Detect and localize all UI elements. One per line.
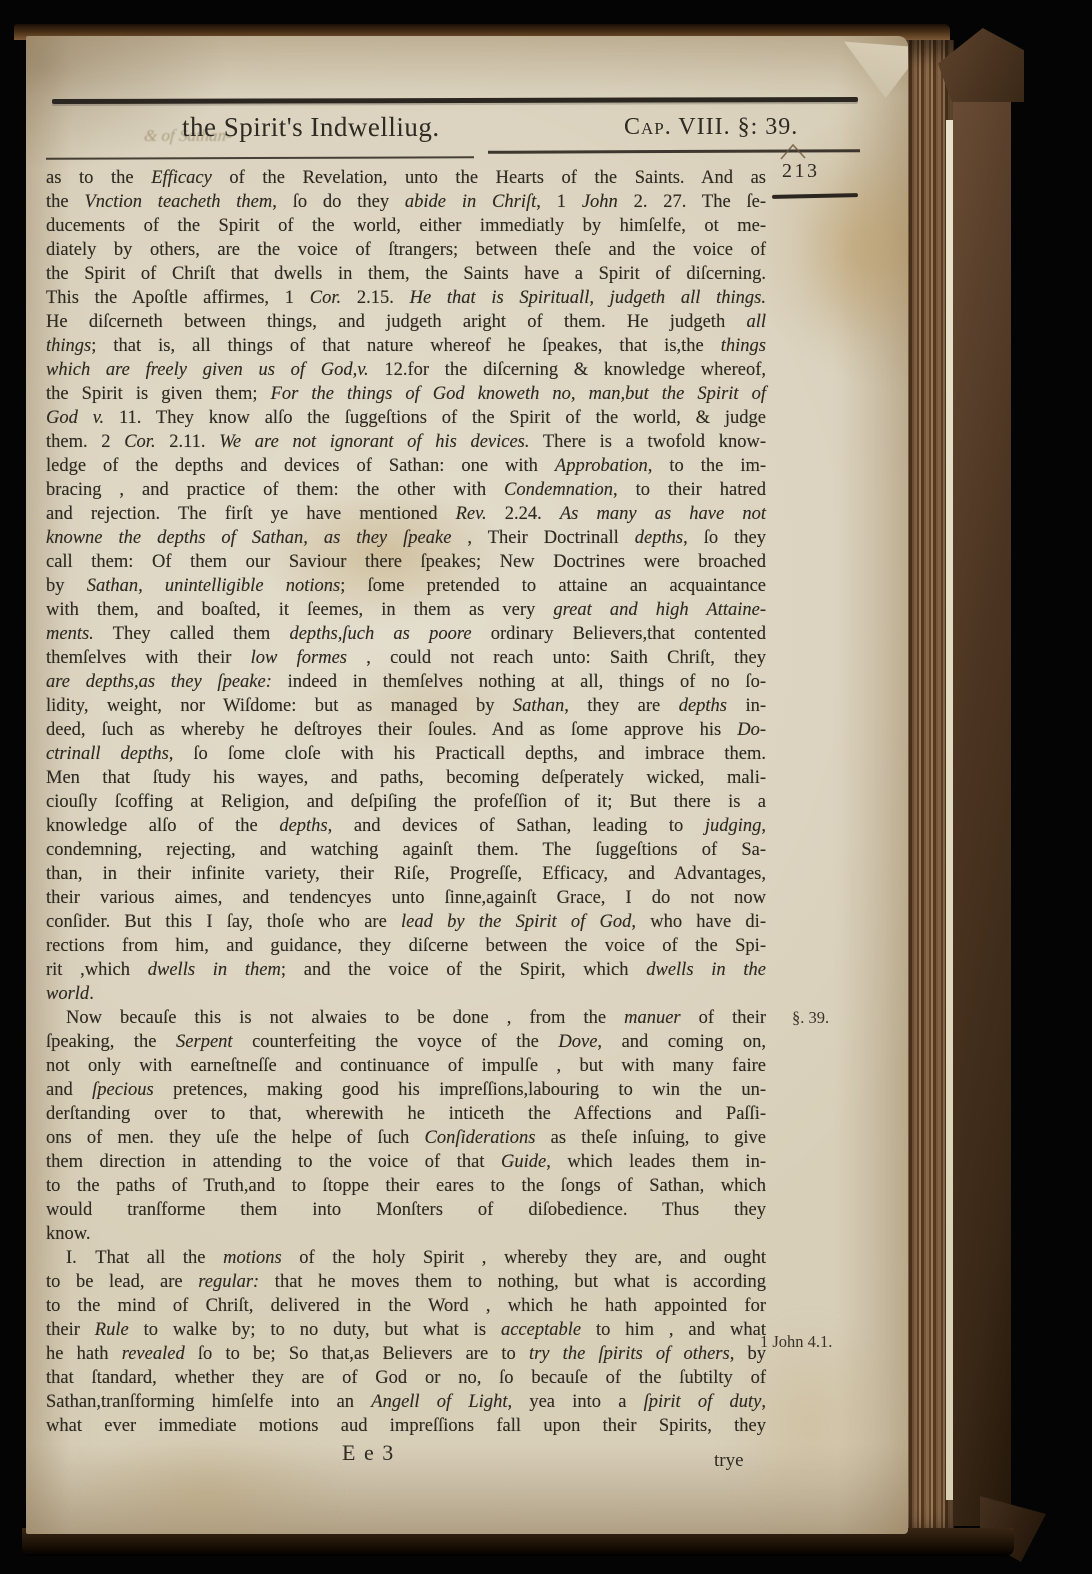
text-line: lidity, weight, nor Wiſdome: but as mana…: [46, 694, 766, 718]
text-line: Sathan,tranſforming himſelfe into an Ang…: [46, 1390, 766, 1414]
text-line: and ſpecious pretences, making good his …: [46, 1078, 766, 1102]
text-line: bracing , and practice of them: the othe…: [46, 478, 766, 502]
text-line: than, in their infinite variety, their R…: [46, 862, 766, 886]
text-line: would tranſforme them into Monſters of d…: [46, 1198, 766, 1222]
text-line: ducements of the Spirit of the world, ei…: [46, 214, 766, 238]
text-line: them. 2 Cor. 2.11. We are not ignorant o…: [46, 430, 766, 454]
page-corner-fold: [844, 38, 908, 98]
text-line: Now becauſe this is not alwaies to be do…: [46, 1006, 766, 1030]
text-line: the Spirit is given them; For the things…: [46, 382, 766, 406]
text-line: their various aimes, and tendencyes unto…: [46, 886, 766, 910]
text-line: which are freely given us of God,v. 12.f…: [46, 358, 766, 382]
chapter-section-heading: Cap. VIII. §: 39.: [624, 114, 798, 141]
text-line: ciouſly ſcoffing at Religion, and deſpiſ…: [46, 790, 766, 814]
text-line: ctrinall depths, ſo ſome cloſe with his …: [46, 742, 766, 766]
text-line: to be lead, are regular: that he moves t…: [46, 1270, 766, 1294]
page-number-rule: [772, 193, 858, 199]
next-page-edge: [946, 120, 953, 1500]
text-line: knowledge alſo of the depths, and device…: [46, 814, 766, 838]
text-line: deed, ſuch as whereby he deſtroyes their…: [46, 718, 766, 742]
paragraph: I. That all the motions of the holy Spir…: [46, 1246, 766, 1438]
paper-stain: [66, 1426, 346, 1534]
header-top-rule: [52, 97, 858, 104]
text-line: the Vnction teacheth them, ſo do they ab…: [46, 190, 766, 214]
running-header-title: the Spirit's Indwelliug.: [182, 112, 440, 143]
text-line: with them, and boaſted, it ſeemes, in th…: [46, 598, 766, 622]
text-line: diately by others, are the voice of ſtra…: [46, 238, 766, 262]
text-line: ledge of the depths and devices of Satha…: [46, 454, 766, 478]
text-line: ons of men. they uſe the helpe of ſuch C…: [46, 1126, 766, 1150]
book-photo: & of Sathan- the Spirit's Indwelliug. Ca…: [0, 0, 1092, 1574]
text-line: not only with earneſtneſſe and continuan…: [46, 1054, 766, 1078]
book-cover: [953, 58, 1011, 1526]
text-line: as to the Efficacy of the Revelation, un…: [46, 166, 766, 190]
paragraph: as to the Efficacy of the Revelation, un…: [46, 166, 766, 1006]
text-line: that ſtandard, whether they are of God o…: [46, 1366, 766, 1390]
text-line: to the paths of Truth,and to ſtoppe thei…: [46, 1174, 766, 1198]
text-line: by Sathan, unintelligible notions; ſome …: [46, 574, 766, 598]
text-line: rections from him, and guidance, they di…: [46, 934, 766, 958]
text-line: what ever immediate motions aud impreſſi…: [46, 1414, 766, 1438]
catchword: trye: [714, 1450, 744, 1472]
header-rule-left: [46, 156, 474, 159]
body-text: as to the Efficacy of the Revelation, un…: [46, 166, 766, 1438]
margin-note: §. 39.: [792, 1008, 829, 1028]
text-line: I. That all the motions of the holy Spir…: [46, 1246, 766, 1270]
text-line: the Spirit of Chriſt that dwells in them…: [46, 262, 766, 286]
signature-mark: E e 3: [342, 1440, 395, 1466]
text-line: themſelves with their low formes , could…: [46, 646, 766, 670]
text-line: rit ,which dwells in them; and the voice…: [46, 958, 766, 982]
paragraph: Now becauſe this is not alwaies to be do…: [46, 1006, 766, 1246]
text-line: are depths,as they ſpeake: indeed in the…: [46, 670, 766, 694]
text-line: ſpeaking, the Serpent counterfeiting the…: [46, 1030, 766, 1054]
text-line: God v. 11. They know alſo the ſuggeſtion…: [46, 406, 766, 430]
text-line: call them: Of them our Saviour there ſpe…: [46, 550, 766, 574]
text-line: he hath revealed ſo to be; So that,as Be…: [46, 1342, 766, 1366]
pen-caret-mark: [778, 142, 808, 162]
text-line: and rejection. The firſt ye have mention…: [46, 502, 766, 526]
paper-stain: [796, 156, 908, 346]
text-line: This the Apoſtle affirmes, 1 Cor. 2.15. …: [46, 286, 766, 310]
text-line: things; that is, all things of that natu…: [46, 334, 766, 358]
text-line: them direction in attending to the voice…: [46, 1150, 766, 1174]
text-line: ments. They called them depths,ſuch as p…: [46, 622, 766, 646]
text-line: derſtanding over to that, wherewith he i…: [46, 1102, 766, 1126]
text-line: Men that ſtudy his wayes, and paths, bec…: [46, 766, 766, 790]
page-scan: & of Sathan- the Spirit's Indwelliug. Ca…: [26, 36, 908, 1534]
page-number: 213: [782, 160, 820, 183]
margin-note: 1 John 4.1.: [760, 1332, 832, 1352]
text-line: world.: [46, 982, 766, 1006]
text-line: their Rule to walke by; to no duty, but …: [46, 1318, 766, 1342]
text-line: conſider. But this I ſay, thoſe who are …: [46, 910, 766, 934]
text-line: to the mind of Chriſt, delivered in the …: [46, 1294, 766, 1318]
text-line: knowne the depths of Sathan, as they ſpe…: [46, 526, 766, 550]
text-line: know.: [46, 1222, 766, 1246]
text-line: condemning, rejecting, and watching agai…: [46, 838, 766, 862]
text-line: He diſcerneth between things, and judget…: [46, 310, 766, 334]
